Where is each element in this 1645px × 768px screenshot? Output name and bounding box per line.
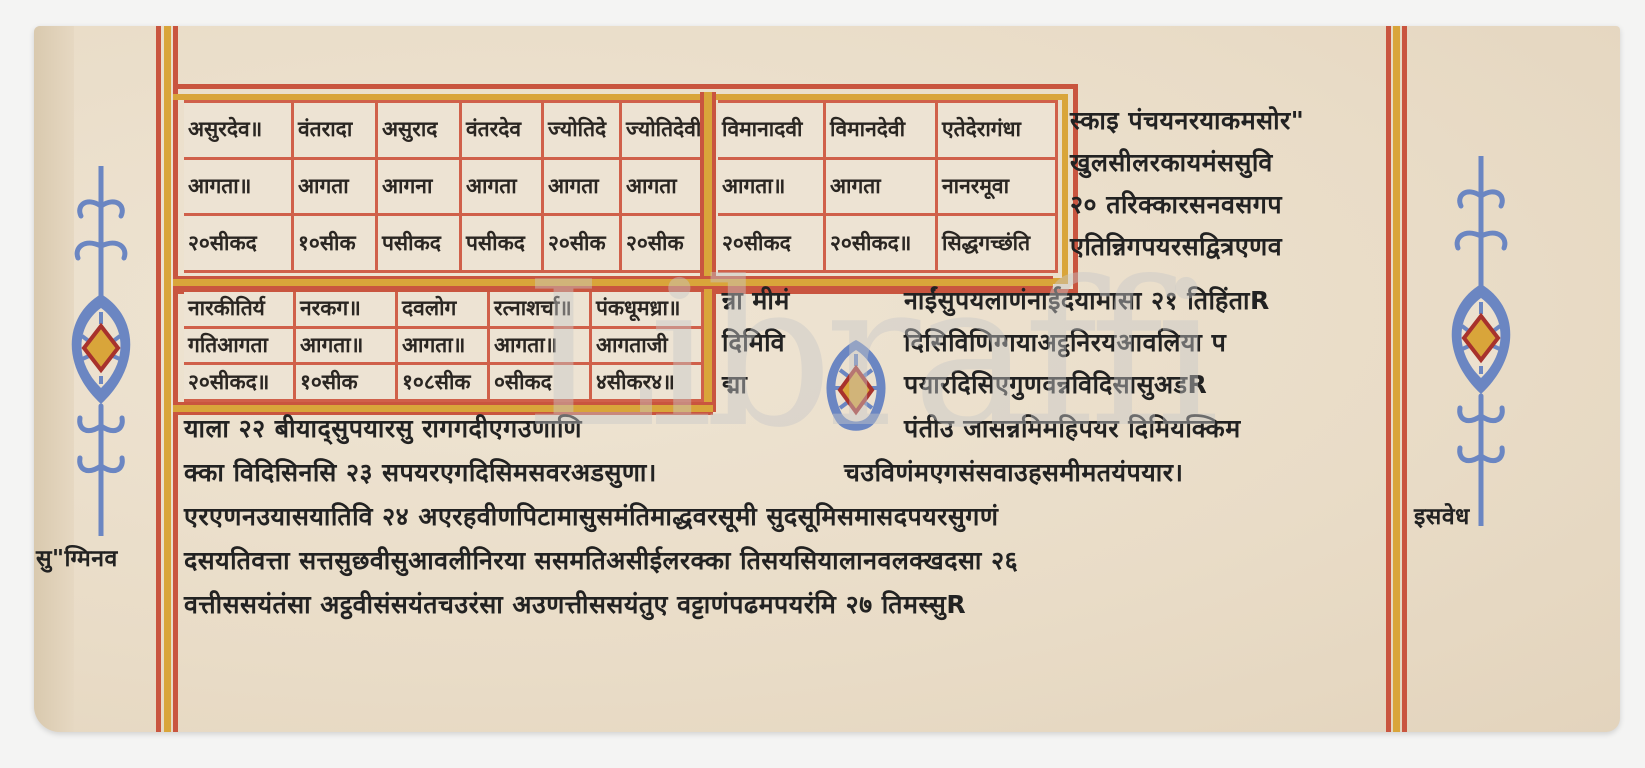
text-line: २० तरिक्कारसनवसगप xyxy=(1070,192,1282,217)
cell: गतिआगता xyxy=(184,329,296,366)
text-line: वत्तीससयंतंसा अट्ठवीसंसयंतचउरंसा अउणत्ती… xyxy=(184,592,966,617)
text-line: एरएणनउयासयातिवि २४ अएरहवीणपिटामासुसमंतिम… xyxy=(184,504,998,529)
manuscript-folio: असुरदेव॥ वंतरादा असुराद वंतरदेव ज्योतिदे… xyxy=(34,26,1620,732)
cell: असुरदेव॥ xyxy=(184,103,294,160)
bottom-table-grid: नारकीतिर्य नरकग॥ दवलोग रत्नाशर्चा॥ पंकधू… xyxy=(184,292,704,402)
cell: विमानदेवी xyxy=(826,103,938,160)
cell: नारकीतिर्य xyxy=(184,292,296,329)
text-line: पयारदिसिएगुणवन्नविदिसासुअडR xyxy=(904,372,1207,397)
cell: २०सीकद xyxy=(718,216,826,273)
cell: विमानादवी xyxy=(718,103,826,160)
right-border-yellow xyxy=(1393,26,1400,732)
cell: रत्नाशर्चा॥ xyxy=(490,292,592,329)
cell: पसीकद xyxy=(378,216,462,273)
cell: आगता xyxy=(622,160,704,217)
cell: आगता॥ xyxy=(398,329,490,366)
cell: १०सीक xyxy=(294,216,378,273)
text-line: स्काइ पंचयनरयाकमसोर" xyxy=(1070,108,1304,133)
cell: पसीकद xyxy=(462,216,544,273)
text-line: याला २२ बीयाद्सुपयारसु रागगदीएगउणाणि xyxy=(184,416,582,441)
cell: ज्योतिदे xyxy=(544,103,622,160)
cell: २०सीक xyxy=(622,216,704,273)
cell: २०सीकद xyxy=(184,216,294,273)
cell: २०सीकद॥ xyxy=(826,216,938,273)
cell: आगता॥ xyxy=(184,160,294,217)
cell: आगता॥ xyxy=(296,329,398,366)
left-border-yellow xyxy=(164,26,171,732)
text-line: दिसिविणिग्गयाअट्ठनिरयआवलिया प xyxy=(904,330,1226,355)
cell: १०८सीक xyxy=(398,365,490,402)
cell: आगता॥ xyxy=(718,160,826,217)
top-table-right-grid: विमानादवी विमानदेवी एतेदेरागंधा आगता॥ आग… xyxy=(718,100,1058,273)
cell: आगता xyxy=(826,160,938,217)
text-line: दिमिवि xyxy=(722,330,785,355)
cell: वंतरादा xyxy=(294,103,378,160)
cell: आगता xyxy=(544,160,622,217)
cell: २०सीक xyxy=(544,216,622,273)
cell: आगना xyxy=(378,160,462,217)
left-margin-note: सु"ग्मिनव xyxy=(36,548,118,571)
cell: नरकग॥ xyxy=(296,292,398,329)
cell: नानरमूवा xyxy=(938,160,1058,217)
cell: ०सीकद xyxy=(490,365,592,402)
text-line: दसयतिवत्ता सत्तसुछवीसुआवलीनिरया ससमतिअसी… xyxy=(184,548,1018,573)
cell: सिद्धगच्छंति xyxy=(938,216,1058,273)
cell: ज्योतिदेवी xyxy=(622,103,704,160)
cell: असुराद xyxy=(378,103,462,160)
right-margin-ornament xyxy=(1436,156,1526,530)
cell: आगता॥ xyxy=(490,329,592,366)
cell: आगता xyxy=(462,160,544,217)
left-margin-ornament xyxy=(56,166,146,540)
cell: २०सीकद॥ xyxy=(184,365,296,402)
cell: वंतरदेव xyxy=(462,103,544,160)
cell: आगताजी xyxy=(592,329,704,366)
cell: एतेदेरागंधा xyxy=(938,103,1058,160)
top-table-left-grid: असुरदेव॥ वंतरादा असुराद वंतरदेव ज्योतिदे… xyxy=(184,100,704,273)
text-line: चउविणंमएगसंसवाउहसमीमतयंपयार। xyxy=(844,460,1183,485)
center-lotus-ornament xyxy=(816,336,896,450)
text-line: नाईंसुपयलाणंनाईदयामासा २१ तिहिंताR xyxy=(904,288,1270,313)
right-border-red-outer xyxy=(1402,26,1407,732)
right-border-red-inner xyxy=(1386,26,1391,732)
cell: दवलोग xyxy=(398,292,490,329)
text-line: द्मा xyxy=(722,372,747,397)
text-line: पंतीउ जासन्नमिमहिपयर दिमियक्किम xyxy=(904,416,1241,441)
left-border-red-outer xyxy=(156,26,161,732)
cell: १०सीक xyxy=(296,365,398,402)
text-line: क्का विदिसिनसि २३ सपयरएगदिसिमसवरअडसुणा। xyxy=(184,460,657,485)
cell: ४सीकर४॥ xyxy=(592,365,704,402)
cell: पंकधूमध्रा॥ xyxy=(592,292,704,329)
text-line: एतिन्निगपयरसद्वित्रएणव xyxy=(1070,234,1282,259)
cell: आगता xyxy=(294,160,378,217)
text-line: न्ना मीमं xyxy=(722,288,790,313)
text-line: खुलसीलरकायमंससुवि xyxy=(1070,150,1273,175)
